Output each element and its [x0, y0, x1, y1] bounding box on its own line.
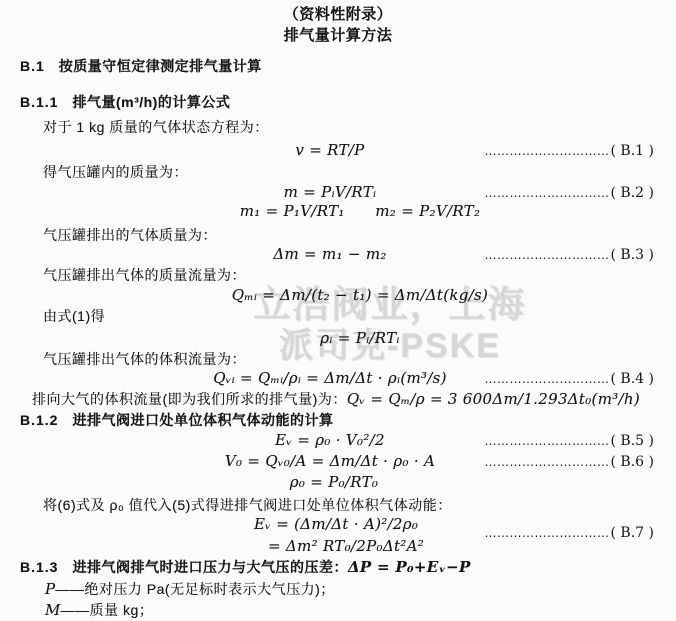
section-label-b12: B.1.2	[20, 412, 58, 428]
document-page: 立浩阀业，上海 派司克-PSKE （资料性附录） 排气量计算方法 B.1按质量守…	[0, 0, 676, 621]
section-title-b11: 排气量(m³/h)的计算公式	[72, 94, 230, 110]
appendix-note: （资料性附录）	[0, 6, 676, 23]
equation-row-qmi: Qₘᵢ = Δm/(t₂ − t₁) = Δm/Δt(kg/s)	[0, 287, 676, 304]
equation-row-b3: Δm = m₁ − m₂ …………………………( B.3 )	[0, 246, 676, 263]
paragraph-from-eq1: 由式(1)得	[43, 308, 105, 324]
equation-number-b7: …………………………( B.7 )	[485, 525, 654, 541]
equation-row-b2: m = PᵢV/RTᵢ …………………………( B.2 )	[0, 184, 676, 201]
equation-row-b6: V₀ = Qᵥ₀/A = Δm/Δt · ρ₀ · A …………………………( …	[0, 453, 676, 470]
section-heading-b12: B.1.2进排气阀进口处单位体积气体动能的计算	[20, 412, 333, 428]
equation-row-b1: v = RT/P …………………………( B.1 )	[0, 142, 676, 159]
section-label-b1: B.1	[20, 58, 45, 74]
equation-number-b3: …………………………( B.3 )	[485, 247, 654, 263]
equation-qmi: Qₘᵢ = Δm/(t₂ − t₁) = Δm/Δt(kg/s)	[40, 287, 676, 304]
leader-dots: …………………………	[485, 527, 610, 541]
leader-dots: …………………………	[485, 456, 610, 470]
doc-title: 排气量计算方法	[0, 27, 676, 44]
symbol-m: M	[45, 601, 61, 619]
paragraph-substitute: 将(6)式及 ρ₀ 值代入(5)式得进排气阀进口处单位体积气体动能：	[43, 497, 452, 513]
equation-row-rho-0: ρ₀ = P₀/RT₀	[0, 474, 676, 491]
equation-row-rho-i: ρᵢ = Pᵢ/RTᵢ	[0, 330, 676, 347]
equation-row-m1-m2: m₁ = P₁V/RT₁ m₂ = P₂V/RT₂	[0, 203, 676, 220]
section-label-b13: B.1.3	[20, 559, 58, 575]
paragraph-atmosphere-flow: 排向大气的体积流量(即为我们所求的排气量)为：Qᵥ = Qₘ/ρ = 3 600…	[32, 391, 640, 408]
section-heading-b1: B.1按质量守恒定律测定排气量计算	[20, 58, 262, 74]
equation-qv-inline: Qᵥ = Qₘ/ρ = 3 600Δm/1.293Δt₀(m³/h)	[347, 390, 640, 408]
section-title-b12: 进排气阀进口处单位体积气体动能的计算	[72, 412, 333, 428]
equation-number-b1: …………………………( B.1 )	[485, 143, 654, 159]
paragraph-volume-flow: 气压罐排出气体的体积流量为：	[43, 351, 246, 367]
paragraph-tank-mass: 得气压罐内的质量为：	[43, 164, 188, 180]
equation-m1-m2: m₁ = P₁V/RT₁ m₂ = P₂V/RT₂	[40, 203, 676, 220]
definition-mass: M——质量 kg；	[45, 602, 153, 619]
equation-number-b5: …………………………( B.5 )	[485, 433, 654, 449]
paragraph-state-equation: 对于 1 kg 质量的气体状态方程为：	[43, 119, 269, 135]
leader-dots: …………………………	[485, 373, 610, 387]
symbol-p: P	[45, 580, 55, 598]
equation-number-b6: …………………………( B.6 )	[485, 454, 654, 470]
section-title-b13: 进排气阀排气时进口压力与大气压的压差：	[72, 559, 348, 575]
equation-rho-i: ρᵢ = Pᵢ/RTᵢ	[40, 330, 676, 347]
equation-number-b2: …………………………( B.2 )	[485, 185, 654, 201]
equation-deltap-inline: ΔP = P₀+Eᵥ−P	[348, 558, 471, 576]
equation-number-row-b7: …………………………( B.7 )	[0, 524, 676, 541]
leader-dots: …………………………	[485, 145, 610, 159]
leader-dots: …………………………	[485, 249, 610, 263]
section-heading-b13: B.1.3进排气阀排气时进口压力与大气压的压差：ΔP = P₀+Eᵥ−P	[20, 559, 471, 576]
section-heading-b11: B.1.1排气量(m³/h)的计算公式	[20, 94, 230, 110]
leader-dots: …………………………	[485, 435, 610, 449]
section-title-b1: 按质量守恒定律测定排气量计算	[59, 58, 262, 74]
equation-rho-0: ρ₀ = P₀/RT₀	[14, 474, 654, 491]
definition-pressure: P——绝对压力 Pa(无足标时表示大气压力)；	[45, 581, 335, 598]
equation-number-b4: …………………………( B.4 )	[485, 371, 654, 387]
paragraph-discharged-mass: 气压罐排出的气体质量为：	[43, 227, 217, 243]
section-label-b11: B.1.1	[20, 94, 58, 110]
leader-dots: …………………………	[485, 187, 610, 201]
equation-row-b4: Qᵥᵢ = Qₘᵢ/ρᵢ = Δm/Δt · ρᵢ(m³/s) ………………………	[0, 370, 676, 387]
equation-row-b5: Eᵥ = ρ₀ · V₀²/2 …………………………( B.5 )	[0, 432, 676, 449]
paragraph-mass-flow: 气压罐排出气体的质量流量为：	[43, 267, 246, 283]
